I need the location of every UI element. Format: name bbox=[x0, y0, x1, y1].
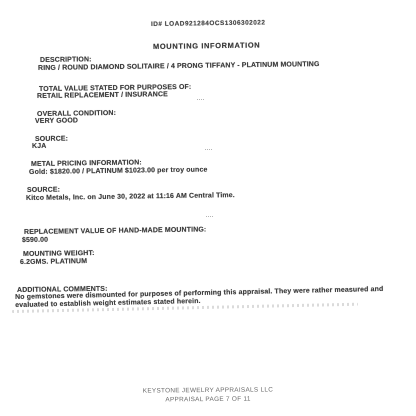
replacement-value-label: REPLACEMENT VALUE OF HAND-MADE MOUNTING: bbox=[24, 226, 206, 236]
overall-condition-value: VERY GOOD bbox=[35, 117, 78, 125]
pricing-source-label: SOURCE: bbox=[27, 187, 60, 195]
mounting-weight-value: 6.2GMS. PLATINUM bbox=[20, 258, 87, 266]
scan-smudge bbox=[206, 214, 213, 217]
document-id: ID# LOAD921284OCS1306302022 bbox=[151, 19, 266, 28]
scan-smudge bbox=[205, 147, 212, 150]
description-label: DESCRIPTION: bbox=[40, 56, 92, 64]
appraisal-document-page: ID# LOAD921284OCS1306302022 MOUNTING INF… bbox=[0, 0, 416, 416]
page-title: MOUNTING INFORMATION bbox=[153, 42, 260, 51]
source-value: KJA bbox=[32, 143, 46, 151]
source-label: SOURCE: bbox=[35, 135, 68, 143]
scan-smudge bbox=[197, 97, 204, 100]
footer-page-number: APPRAISAL PAGE 7 OF 11 bbox=[58, 394, 358, 405]
page-footer: KEYSTONE JEWELRY APPRAISALS LLC APPRAISA… bbox=[58, 386, 358, 406]
replacement-value-amount: $590.00 bbox=[22, 236, 48, 244]
total-value-purpose-value: RETAIL REPLACEMENT / INSURANCE bbox=[37, 91, 168, 100]
